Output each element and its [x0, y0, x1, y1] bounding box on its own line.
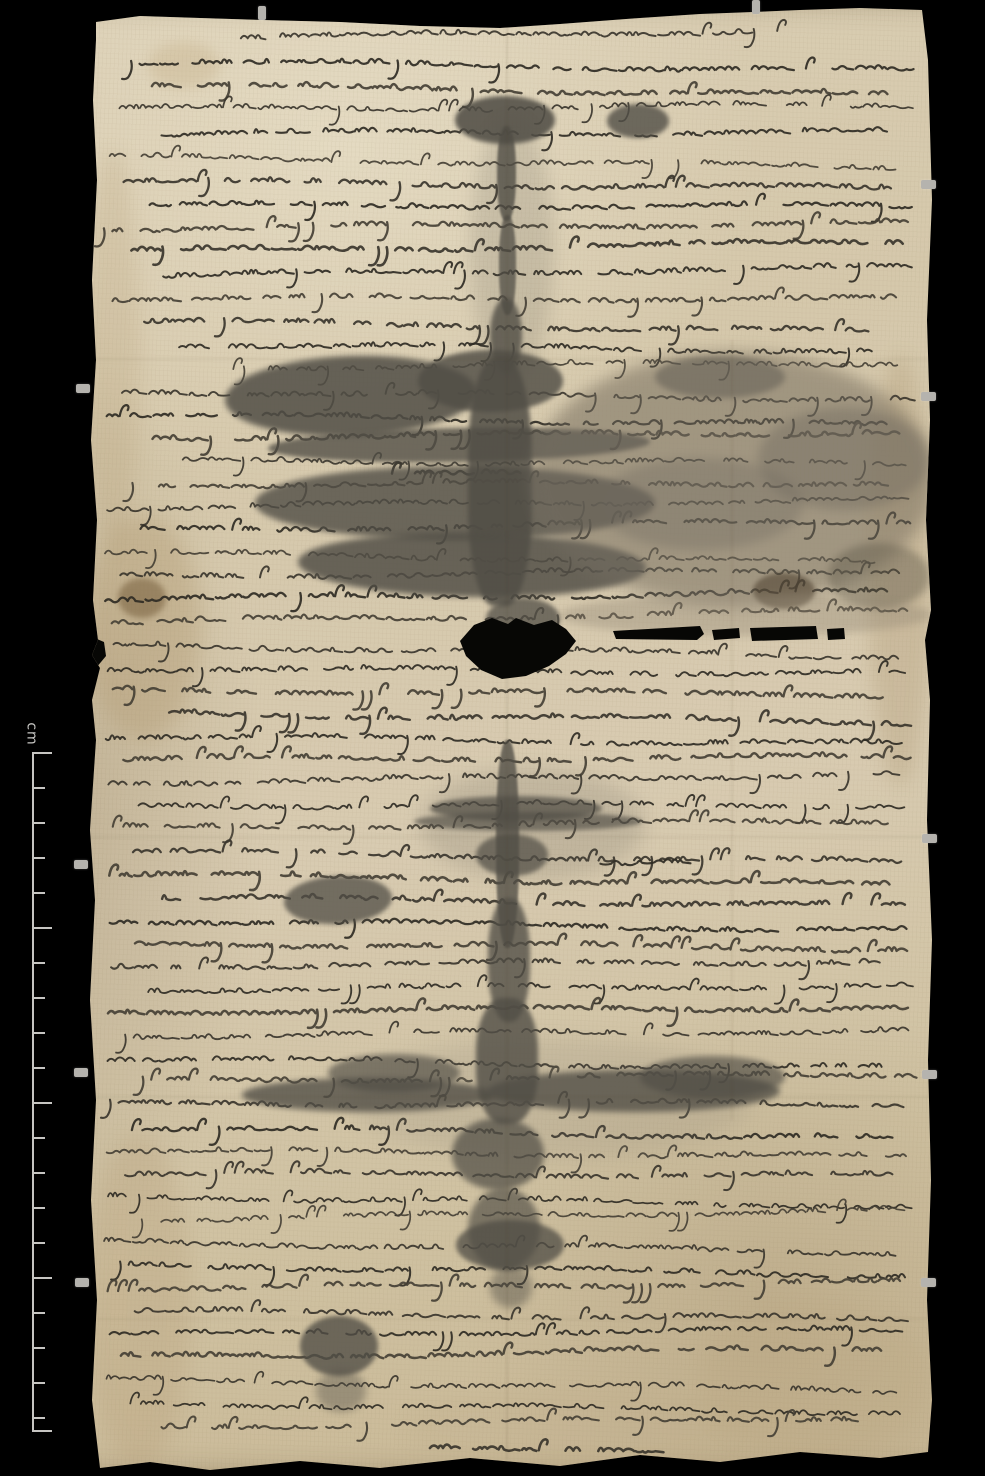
- mounting-tab: [922, 1070, 937, 1079]
- scale-tick: [34, 787, 45, 789]
- scale-tick: [34, 1172, 45, 1174]
- mounting-tab: [921, 180, 936, 189]
- mounting-tab: [752, 0, 760, 14]
- scale-tick: [34, 1347, 45, 1349]
- photograph: cm: [0, 0, 985, 1476]
- scale-tick: [34, 927, 52, 929]
- scale-tick: [34, 857, 45, 859]
- scale-tick: [34, 1312, 45, 1314]
- paper-hole: [827, 628, 845, 640]
- scale-tick: [34, 962, 45, 964]
- scale-tick: [34, 822, 45, 824]
- mounting-tab: [258, 6, 266, 20]
- paper-hole: [613, 626, 704, 640]
- paper-hole: [460, 618, 576, 679]
- mounting-tab: [76, 384, 90, 393]
- paper-holes: [0, 0, 985, 1476]
- scale-line: [32, 752, 34, 1432]
- paper-hole: [88, 636, 106, 668]
- scale-tick: [34, 997, 45, 999]
- scale-tick: [34, 1382, 45, 1384]
- scale-tick: [34, 1242, 45, 1244]
- paper-hole: [712, 628, 740, 640]
- scale-tick: [34, 1137, 45, 1139]
- scale-tick: [34, 1277, 52, 1279]
- scale-tick: [34, 1032, 45, 1034]
- scale-tick: [34, 752, 52, 754]
- mounting-tab: [75, 1278, 89, 1287]
- paper-hole: [750, 626, 818, 641]
- mounting-tab: [921, 392, 936, 401]
- scale-tick: [34, 1417, 45, 1419]
- scale-tick: [34, 1207, 45, 1209]
- mounting-tab: [74, 860, 88, 869]
- manuscript-page: [0, 0, 985, 1476]
- scale-unit-label: cm: [24, 722, 40, 745]
- scale-end-tick: [34, 1430, 52, 1432]
- mounting-tab: [921, 1278, 936, 1287]
- scale-tick: [34, 1102, 52, 1104]
- mounting-tab: [922, 834, 937, 843]
- scale-tick: [34, 1067, 45, 1069]
- mounting-tab: [74, 1068, 88, 1077]
- scale-tick: [34, 892, 45, 894]
